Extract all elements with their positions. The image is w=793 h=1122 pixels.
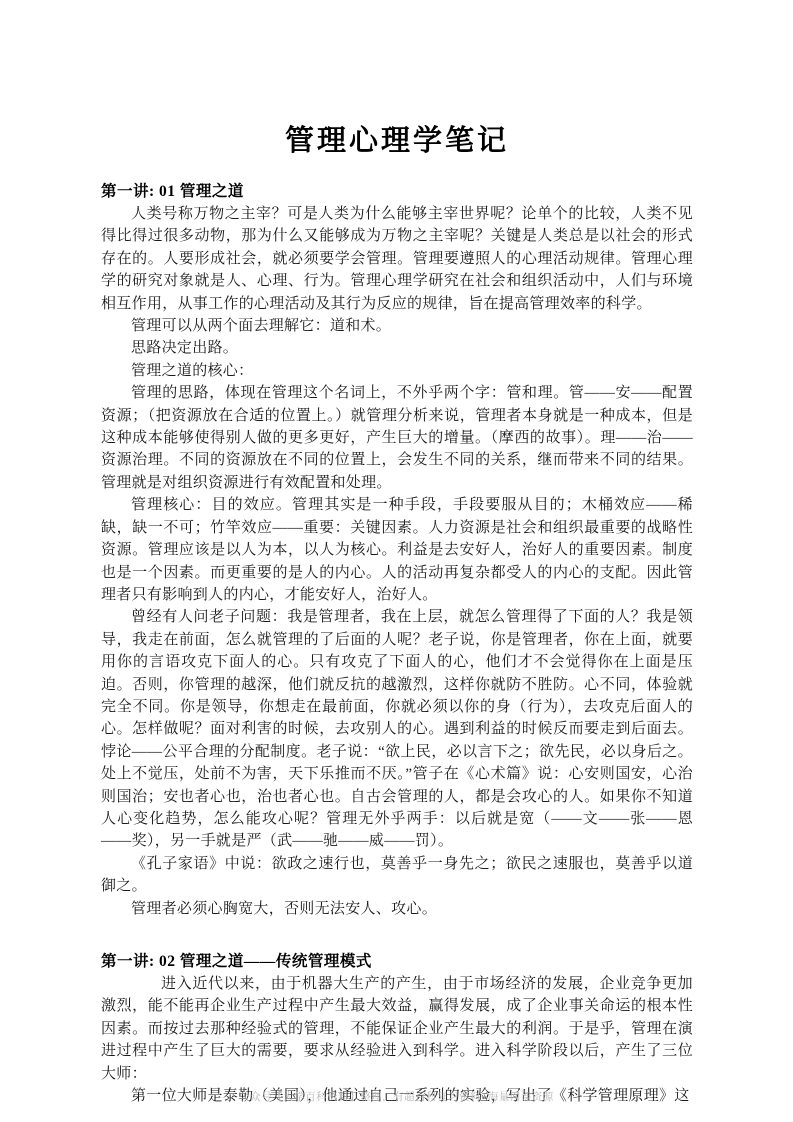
document-sections: 第一讲: 01 管理之道人类号称万物之主宰？可是人类为什么能够主宰世界呢？论单个…	[101, 181, 693, 1107]
paragraph: 进入近代以来，由于机器大生产的产生，由于市场经济的发展，企业竞争更加激烈，能不能…	[101, 973, 693, 1085]
section-heading: 第一讲: 01 管理之道	[101, 181, 693, 203]
page-title: 管理心理学笔记	[101, 118, 693, 159]
footer-watermark: 公众号【大学百科资料】整理，有超百科复习资料+海量网课资源	[0, 1089, 793, 1104]
document-content: 管理心理学笔记 第一讲: 01 管理之道人类号称万物之主宰？可是人类为什么能够主…	[101, 118, 693, 1107]
paragraph: 管理核心：目的效应。管理其实是一种手段，手段要服从目的；木桶效应——稀缺，缺一不…	[101, 494, 693, 606]
paragraph: 曾经有人问老子问题：我是管理者，我在上层，就怎么管理得了下面的人？我是领导，我走…	[101, 606, 693, 852]
paragraph: 管理可以从两个面去理解它：道和术。	[101, 315, 693, 337]
paragraph: 人类号称万物之主宰？可是人类为什么能够主宰世界呢？论单个的比较，人类不见得比得过…	[101, 203, 693, 315]
paragraph: 《孔子家语》中说：欲政之速行也，莫善乎一身先之；欲民之速服也，莫善乎以道御之。	[101, 853, 693, 898]
paragraph: 管理之道的核心：	[101, 360, 693, 382]
paragraph: 管理的思路，体现在管理这个名词上，不外乎两个字：管和理。管——安——配置资源；（…	[101, 382, 693, 494]
document-page: 管理心理学笔记 第一讲: 01 管理之道人类号称万物之主宰？可是人类为什么能够主…	[0, 0, 793, 1122]
section-heading: 第一讲: 02 管理之道——传统管理模式	[101, 951, 693, 973]
paragraph: 管理者必须心胸宽大，否则无法安人、攻心。	[101, 898, 693, 920]
paragraph: 思路决定出路。	[101, 337, 693, 359]
